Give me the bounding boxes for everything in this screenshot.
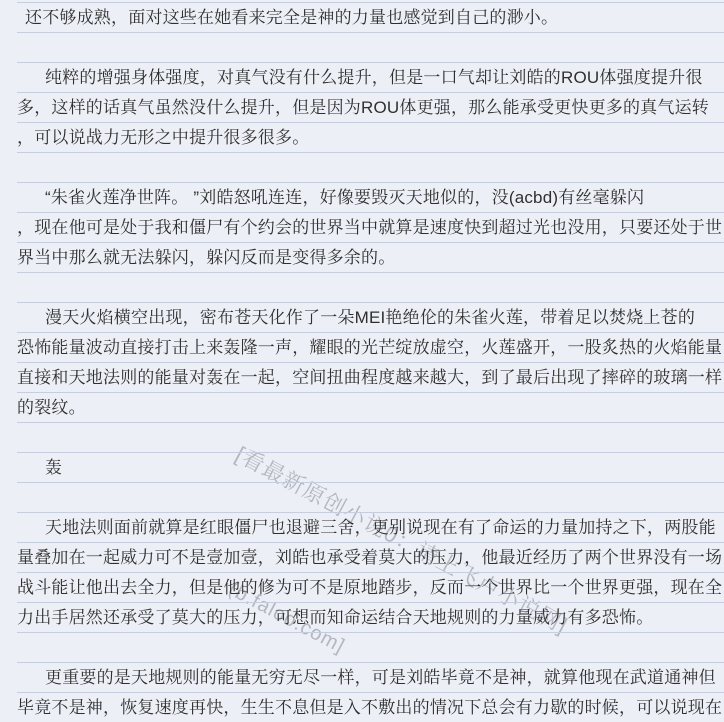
- empty-line: [17, 633, 724, 663]
- text-line: 战斗能让他出去全力，但是他的修为可不是原地踏步，反而一个世界比一个世界更强，现在…: [17, 573, 724, 603]
- text-line: 界当中那么就无法躲闪，躲闪反而是变得多余的。: [17, 243, 724, 273]
- text-line: ，现在他可是处于我和僵尸有个约会的世界当中就算是速度快到超过光也没用，只要还处于…: [17, 213, 724, 243]
- empty-line: [17, 483, 724, 513]
- text-line: 轰: [17, 453, 724, 483]
- empty-line: [17, 423, 724, 453]
- text-line: 力出手居然还承受了莫大的压力，可想而知命运结合天地规则的力量威力有多恐怖。: [17, 603, 724, 633]
- text-line: 漫天火焰横空出现，密布苍天化作了一朵MEI艳绝伦的朱雀火莲，带着足以焚烧上苍的: [17, 303, 724, 333]
- empty-line: [17, 273, 724, 303]
- text-line: 量叠加在一起威力可不是壹加壹，刘皓也承受着莫大的压力，他最近经历了两个世界没有一…: [17, 543, 724, 573]
- text-line: 恐怖能量波动直接打击上来轰隆一声，耀眼的光芒绽放虚空，火莲盛开，一股炙热的火焰能…: [17, 333, 724, 363]
- page-content: 还不够成熟，面对这些在她看来完全是神的力量也感觉到自己的渺小。纯粹的增强身体强度…: [17, 0, 724, 722]
- text-line: 纯粹的增强身体强度，对真气没有什么提升，但是一口气却让刘皓的ROU体强度提升很: [17, 63, 724, 93]
- text-line: ，可以说战力无形之中提升很多很多。: [17, 123, 724, 153]
- empty-line: [17, 153, 724, 183]
- empty-line: [17, 33, 724, 63]
- novel-reader-page: [看最新原创小说0：请上飞卢小说网] (b.faloo.com] 还不够成熟，面…: [0, 0, 724, 722]
- text-line: 毕竟不是神，恢复速度再快，生生不息但是入不敷出的情况下总会有力歇的时候，可以说现…: [17, 693, 724, 722]
- text-line: 还不够成熟，面对这些在她看来完全是神的力量也感觉到自己的渺小。: [17, 3, 724, 33]
- text-line: 的裂纹。: [17, 393, 724, 423]
- text-line: 多，这样的话真气虽然没什么提升，但是因为ROU体更强，那么能承受更快更多的真气运…: [17, 93, 724, 123]
- text-line: 天地法则面前就算是红眼僵尸也退避三舍，更别说现在有了命运的力量加持之下，两股能: [17, 513, 724, 543]
- text-line: “朱雀火莲净世阵。 ”刘皓怒吼连连，好像要毁灭天地似的，没(acbd)有丝毫躲闪: [17, 183, 724, 213]
- text-line: 直接和天地法则的能量对轰在一起，空间扭曲程度越来越大，到了最后出现了摔碎的玻璃一…: [17, 363, 724, 393]
- text-line: 更重要的是天地规则的能量无穷无尽一样，可是刘皓毕竟不是神，就算他现在武道通神但: [17, 663, 724, 693]
